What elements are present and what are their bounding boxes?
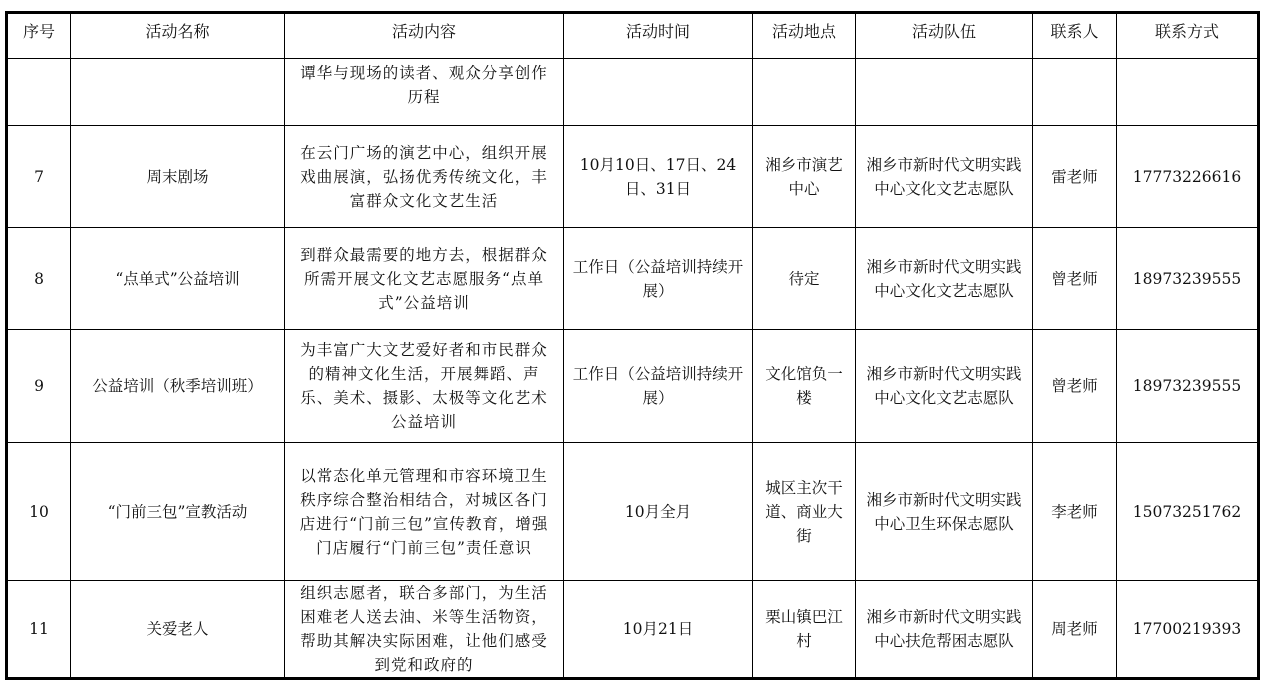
cell-content: 到群众最需要的地方去，根据群众所需开展文化文艺志愿服务“点单式”公益培训 (285, 228, 564, 330)
cell-name: 关爱老人 (71, 581, 285, 679)
cell-time: 10月21日 (564, 581, 753, 679)
header-place: 活动地点 (753, 13, 856, 59)
cell-place: 文化馆负一楼 (753, 330, 856, 443)
header-team: 活动队伍 (856, 13, 1033, 59)
cell-time: 10月10日、17日、24日、31日 (564, 126, 753, 228)
table-row: 10 “门前三包”宣教活动 以常态化单元管理和市容环境卫生秩序综合整治相结合，对… (7, 443, 1259, 581)
cell-phone: 17700219393 (1117, 581, 1259, 679)
activity-table: 序号 活动名称 活动内容 活动时间 活动地点 活动队伍 联系人 联系方式 谭华与… (5, 11, 1260, 680)
cell-place: 待定 (753, 228, 856, 330)
cell-content: 在云门广场的演艺中心，组织开展戏曲展演，弘扬优秀传统文化，丰富群众文化文艺生活 (285, 126, 564, 228)
cell-name: 周末剧场 (71, 126, 285, 228)
cell-name: “门前三包”宣教活动 (71, 443, 285, 581)
cell-name: 公益培训（秋季培训班） (71, 330, 285, 443)
cell-place (753, 59, 856, 126)
cell-contact (1033, 59, 1117, 126)
header-time: 活动时间 (564, 13, 753, 59)
cell-name (71, 59, 285, 126)
table-row: 谭华与现场的读者、观众分享创作历程 (7, 59, 1259, 126)
header-contact: 联系人 (1033, 13, 1117, 59)
cell-contact: 雷老师 (1033, 126, 1117, 228)
cell-no (7, 59, 71, 126)
header-no: 序号 (7, 13, 71, 59)
header-row: 序号 活动名称 活动内容 活动时间 活动地点 活动队伍 联系人 联系方式 (7, 13, 1259, 59)
table-row: 9 公益培训（秋季培训班） 为丰富广大文艺爱好者和市民群众的精神文化生活，开展舞… (7, 330, 1259, 443)
cell-no: 11 (7, 581, 71, 679)
cell-phone: 15073251762 (1117, 443, 1259, 581)
cell-content: 谭华与现场的读者、观众分享创作历程 (285, 59, 564, 126)
cell-time: 10月全月 (564, 443, 753, 581)
cell-team (856, 59, 1033, 126)
header-phone: 联系方式 (1117, 13, 1259, 59)
cell-team: 湘乡市新时代文明实践中心文化文艺志愿队 (856, 126, 1033, 228)
cell-no: 8 (7, 228, 71, 330)
cell-contact: 曾老师 (1033, 330, 1117, 443)
cell-team: 湘乡市新时代文明实践中心卫生环保志愿队 (856, 443, 1033, 581)
cell-place: 栗山镇巴江村 (753, 581, 856, 679)
cell-team: 湘乡市新时代文明实践中心文化文艺志愿队 (856, 228, 1033, 330)
cell-content: 以常态化单元管理和市容环境卫生秩序综合整治相结合，对城区各门店进行“门前三包”宣… (285, 443, 564, 581)
cell-phone: 17773226616 (1117, 126, 1259, 228)
cell-team: 湘乡市新时代文明实践中心扶危帮困志愿队 (856, 581, 1033, 679)
cell-contact: 李老师 (1033, 443, 1117, 581)
table-row: 8 “点单式”公益培训 到群众最需要的地方去，根据群众所需开展文化文艺志愿服务“… (7, 228, 1259, 330)
cell-no: 9 (7, 330, 71, 443)
header-name: 活动名称 (71, 13, 285, 59)
header-content: 活动内容 (285, 13, 564, 59)
cell-time (564, 59, 753, 126)
cell-contact: 曾老师 (1033, 228, 1117, 330)
cell-content: 为丰富广大文艺爱好者和市民群众的精神文化生活，开展舞蹈、声乐、美术、摄影、太极等… (285, 330, 564, 443)
cell-no: 10 (7, 443, 71, 581)
cell-name: “点单式”公益培训 (71, 228, 285, 330)
cell-phone: 18973239555 (1117, 228, 1259, 330)
cell-team: 湘乡市新时代文明实践中心文化文艺志愿队 (856, 330, 1033, 443)
cell-time: 工作日（公益培训持续开展） (564, 228, 753, 330)
cell-place: 城区主次干道、商业大街 (753, 443, 856, 581)
cell-phone: 18973239555 (1117, 330, 1259, 443)
cell-content: 组织志愿者，联合多部门，为生活困难老人送去油、米等生活物资，帮助其解决实际困难，… (285, 581, 564, 679)
cell-place: 湘乡市演艺中心 (753, 126, 856, 228)
cell-contact: 周老师 (1033, 581, 1117, 679)
cell-content-text: 组织志愿者，联合多部门，为生活困难老人送去油、米等生活物资，帮助其解决实际困难，… (293, 581, 555, 677)
cell-no: 7 (7, 126, 71, 228)
table-row: 7 周末剧场 在云门广场的演艺中心，组织开展戏曲展演，弘扬优秀传统文化，丰富群众… (7, 126, 1259, 228)
table-row: 11 关爱老人 组织志愿者，联合多部门，为生活困难老人送去油、米等生活物资，帮助… (7, 581, 1259, 679)
cell-time: 工作日（公益培训持续开展） (564, 330, 753, 443)
cell-phone (1117, 59, 1259, 126)
